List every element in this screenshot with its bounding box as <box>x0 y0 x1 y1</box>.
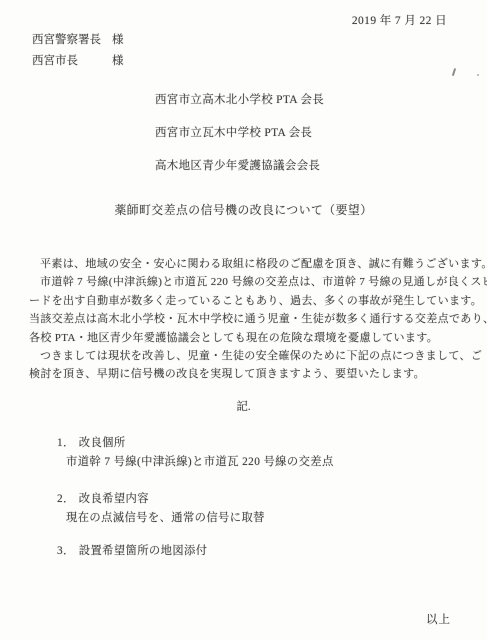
body-line: 各校 PTA・地区青少年愛護協議会としても現在の危険な環境を憂慮しています。 <box>29 329 459 347</box>
scan-artifact-slash <box>452 68 456 76</box>
body-paragraphs: 平素は、地域の安全・安心に関わる取組に格段のご配慮を頂き、誠に有難うございます。… <box>29 255 459 384</box>
letter-date: 2019 年 7 月 22 日 <box>352 12 447 28</box>
addressee-honorific: 様 <box>112 52 124 68</box>
item-detail: 現在の点滅信号を、通常の信号に取替 <box>66 509 265 525</box>
sender-line: 西宮市立高木北小学校 PTA 会長 <box>155 91 324 107</box>
record-marker: 記. <box>0 398 487 414</box>
item-number: 3． <box>57 545 75 557</box>
list-item: 2．改良希望内容 <box>57 490 149 506</box>
list-item: 3．設置希望箇所の地図添付 <box>57 542 207 558</box>
document-title: 薬師町交差点の信号機の改良について（要望） <box>0 201 487 218</box>
item-detail: 市道幹 7 号線(中津浜線)と市道瓦 220 号線の交差点 <box>66 453 334 469</box>
body-line: つきましては現状を改善し、児童・生徒の安全確保のために下記の点につきまして、ご <box>29 347 459 365</box>
addressee-line: 西宮警察署長 様 <box>32 31 124 47</box>
scan-artifact-dot <box>477 74 479 76</box>
addressee-line: 西宮市長 様 <box>32 52 124 68</box>
sender-line: 高木地区青少年愛護協議会会長 <box>155 157 320 173</box>
body-line: 平素は、地域の安全・安心に関わる取組に格段のご配慮を頂き、誠に有難うございます。 <box>29 255 459 273</box>
scanned-letter-page: 2019 年 7 月 22 日 西宮警察署長 様 西宮市長 様 西宮市立高木北小… <box>0 0 487 640</box>
item-number: 2． <box>57 493 75 505</box>
closing-text: 以上 <box>426 611 451 627</box>
body-line: ードを出す自動車が数多く走っていることもあり、過去、多くの事故が発生しています。 <box>29 292 459 310</box>
body-line: 市道幹 7 号線(中津浜線)と市道瓦 220 号線の交差点は、市道幹 7 号線の… <box>29 273 459 291</box>
list-item: 1．改良個所 <box>57 434 126 450</box>
item-label: 設置希望箇所の地図添付 <box>79 545 208 557</box>
body-line: 検討を頂き、早期に信号機の改良を実現して頂きますよう、要望いたします。 <box>29 365 459 383</box>
item-label: 改良個所 <box>79 437 126 449</box>
body-line: 当該交差点は高木北小学校・瓦木中学校に通う児童・生徒が数多く通行する交差点であり… <box>29 310 459 328</box>
addressee-honorific: 様 <box>112 31 124 47</box>
item-number: 1． <box>57 437 75 449</box>
addressee-name: 西宮警察署長 <box>32 31 112 47</box>
item-label: 改良希望内容 <box>79 493 149 505</box>
sender-line: 西宮市立瓦木中学校 PTA 会長 <box>155 124 312 140</box>
addressee-name: 西宮市長 <box>32 52 112 68</box>
